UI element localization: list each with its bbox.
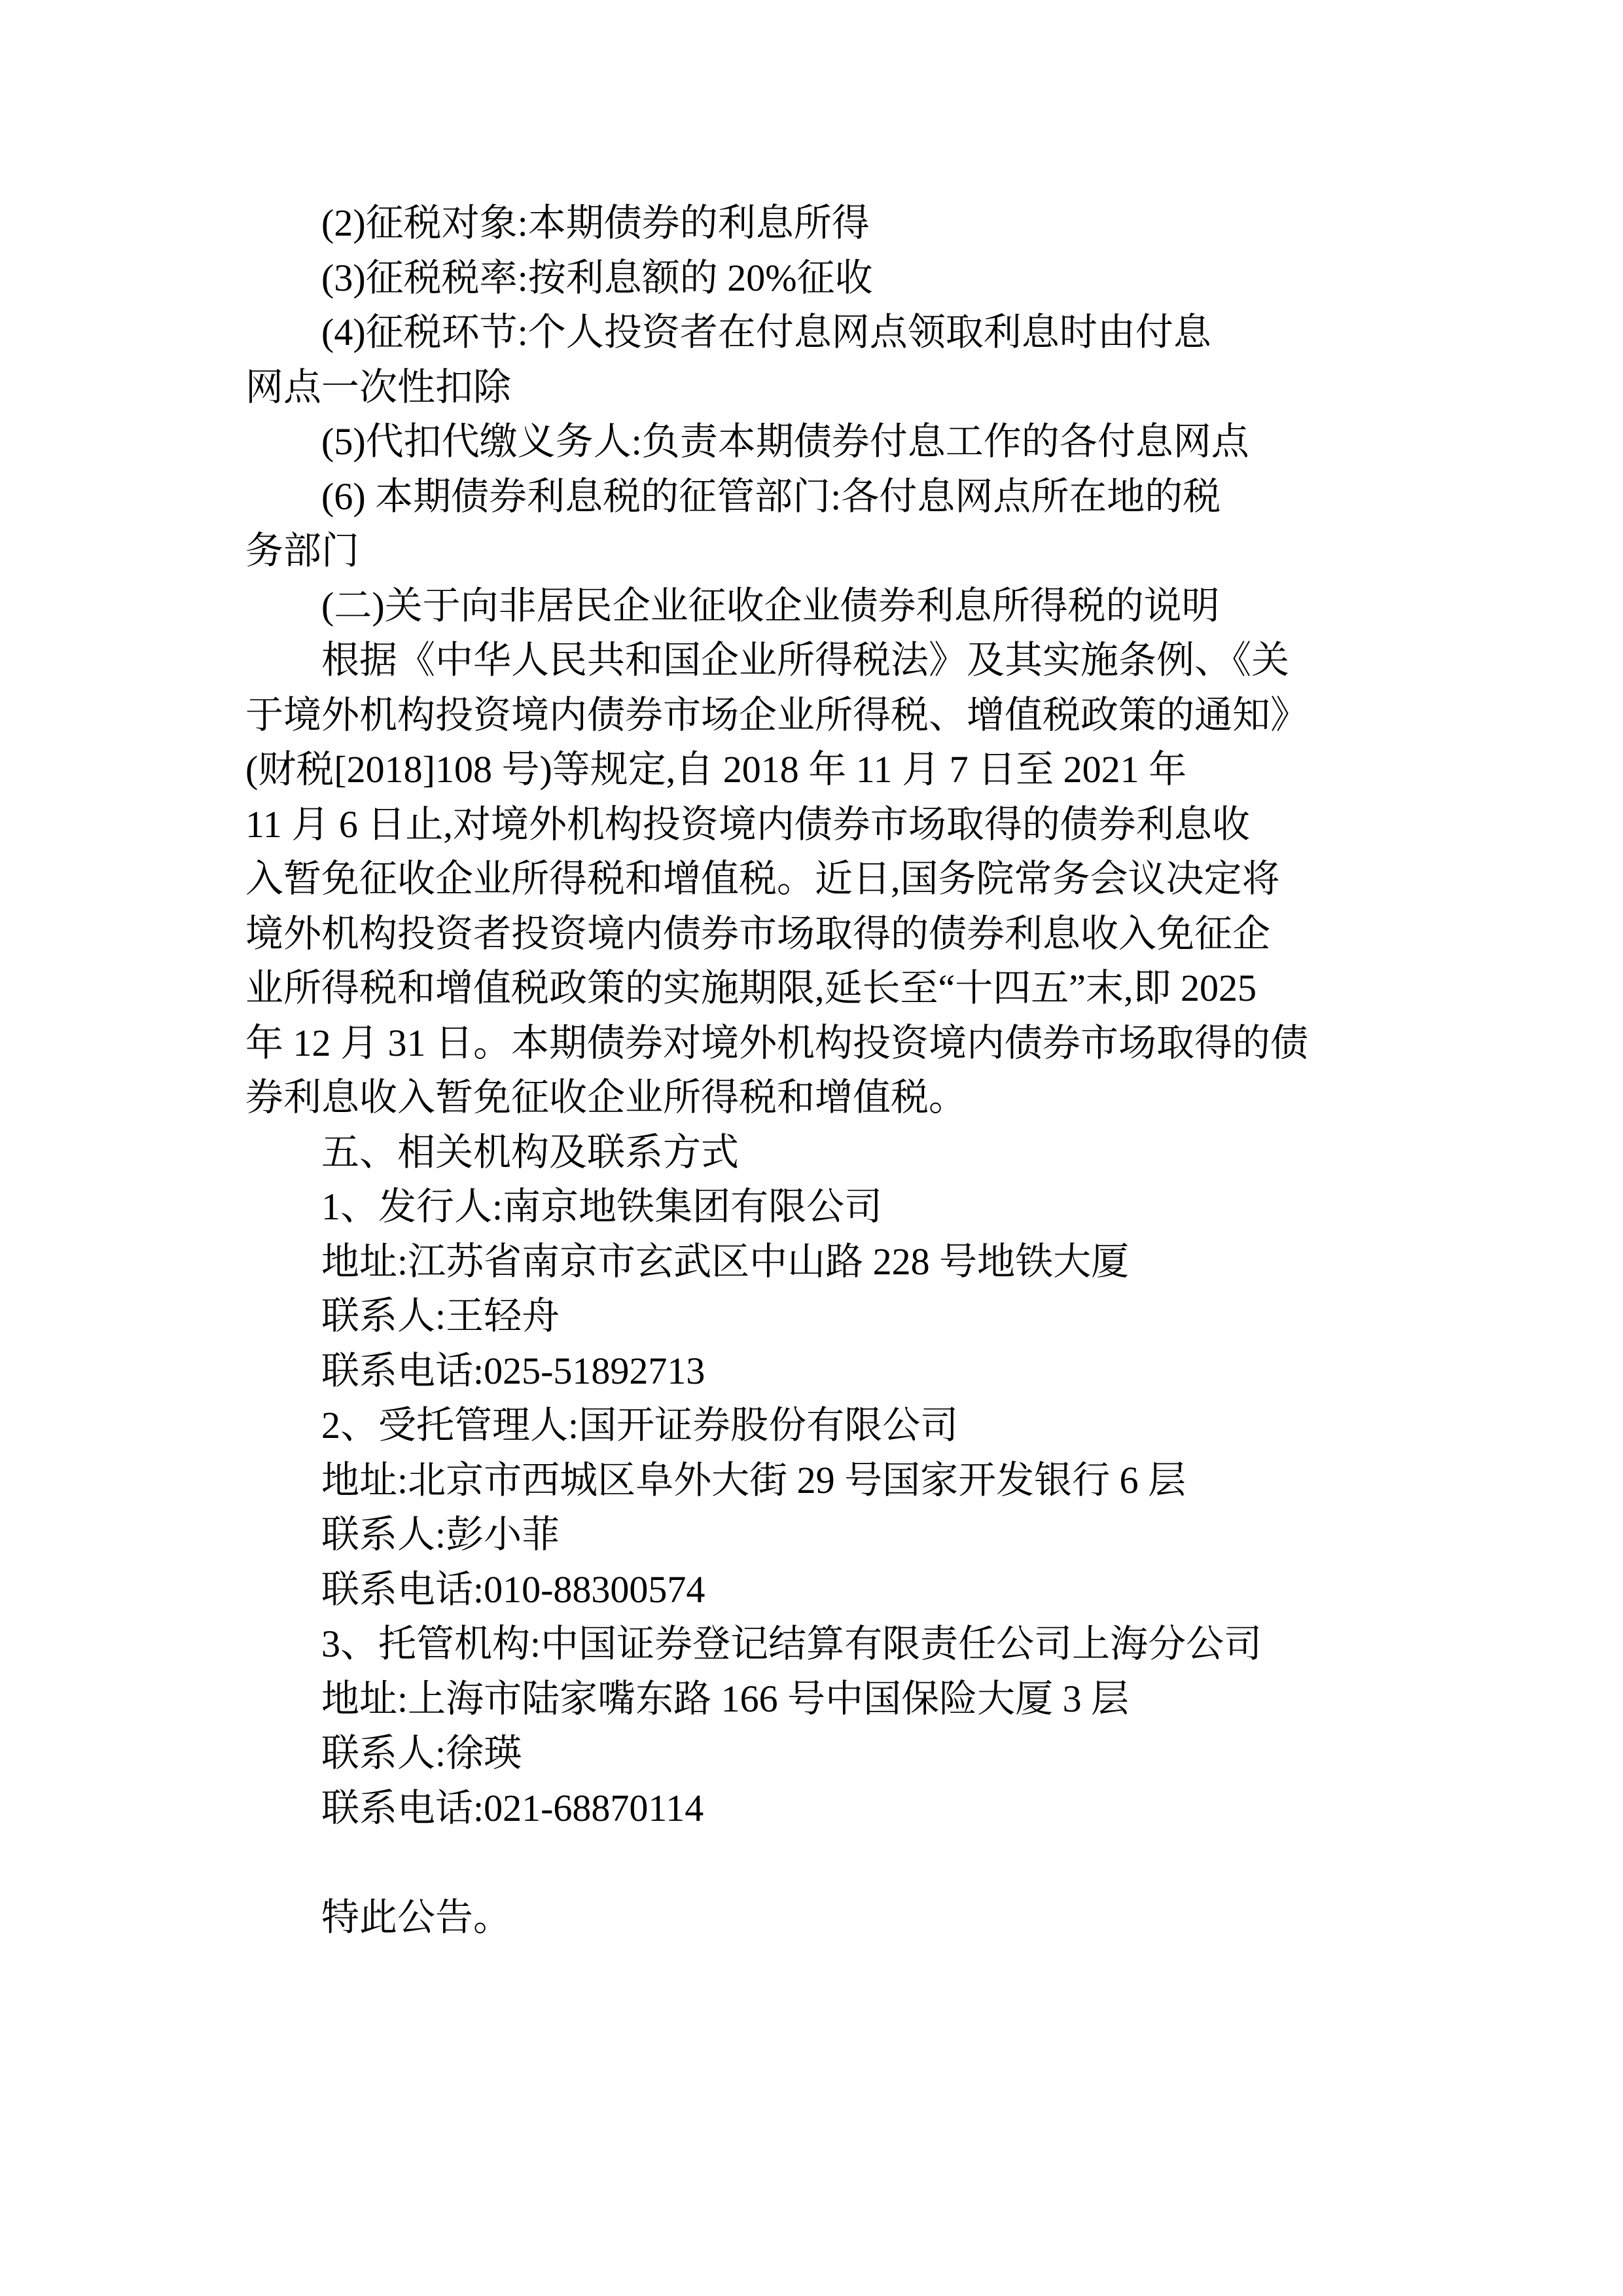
custodian-phone-line: 联系电话:021-68870114 (245, 1781, 1378, 1836)
blank-line (245, 1835, 1378, 1890)
text-line: 年 12 月 31 日。本期债券对境外机构投资境内债券市场取得的债 (245, 1016, 1378, 1071)
text-line: 务部门 (245, 524, 1378, 579)
closing-line: 特此公告。 (245, 1890, 1378, 1945)
trustee-contact-line: 联系人:彭小菲 (245, 1507, 1378, 1562)
text-line: 券利息收入暂免征收企业所得税和增值税。 (245, 1070, 1378, 1125)
document-text-block: (2)征税对象:本期债券的利息所得 (3)征税税率:按利息额的 20%征收 (4… (245, 196, 1378, 1945)
custodian-contact-line: 联系人:徐瑛 (245, 1726, 1378, 1781)
issuer-name-line: 1、发行人:南京地铁集团有限公司 (245, 1179, 1378, 1234)
issuer-address-line: 地址:江苏省南京市玄武区中山路 228 号地铁大厦 (245, 1234, 1378, 1289)
text-line: 业所得税和增值税政策的实施期限,延长至“十四五”末,即 2025 (245, 961, 1378, 1016)
trustee-address-line: 地址:北京市西城区阜外大街 29 号国家开发银行 6 层 (245, 1453, 1378, 1508)
section-heading: 五、相关机构及联系方式 (245, 1125, 1378, 1180)
text-line: (2)征税对象:本期债券的利息所得 (245, 196, 1378, 251)
trustee-phone-line: 联系电话:010-88300574 (245, 1562, 1378, 1617)
text-line: (5)代扣代缴义务人:负责本期债券付息工作的各付息网点 (245, 414, 1378, 469)
text-line: (6) 本期债券利息税的征管部门:各付息网点所在地的税 (245, 469, 1378, 524)
subsection-heading: (二)关于向非居民企业征收企业债券利息所得税的说明 (245, 579, 1378, 634)
issuer-contact-line: 联系人:王轻舟 (245, 1289, 1378, 1344)
text-line: 网点一次性扣除 (245, 360, 1378, 415)
text-line: 根据《中华人民共和国企业所得税法》及其实施条例、《关 (245, 633, 1378, 688)
text-line: (财税[2018]108 号)等规定,自 2018 年 11 月 7 日至 20… (245, 742, 1378, 797)
custodian-name-line: 3、托管机构:中国证券登记结算有限责任公司上海分公司 (245, 1617, 1378, 1672)
text-line: 11 月 6 日止,对境外机构投资境内债券市场取得的债券利息收 (245, 797, 1378, 852)
text-line: 于境外机构投资境内债券市场企业所得税、增值税政策的通知》 (245, 688, 1378, 743)
custodian-address-line: 地址:上海市陆家嘴东路 166 号中国保险大厦 3 层 (245, 1672, 1378, 1727)
document-page: (2)征税对象:本期债券的利息所得 (3)征税税率:按利息额的 20%征收 (4… (0, 0, 1623, 2296)
text-line: 境外机构投资者投资境内债券市场取得的债券利息收入免征企 (245, 906, 1378, 961)
issuer-phone-line: 联系电话:025-51892713 (245, 1344, 1378, 1399)
trustee-name-line: 2、受托管理人:国开证券股份有限公司 (245, 1398, 1378, 1453)
text-line: 入暂免征收企业所得税和增值税。近日,国务院常务会议决定将 (245, 852, 1378, 906)
text-line: (4)征税环节:个人投资者在付息网点领取利息时由付息 (245, 305, 1378, 360)
text-line: (3)征税税率:按利息额的 20%征收 (245, 251, 1378, 306)
